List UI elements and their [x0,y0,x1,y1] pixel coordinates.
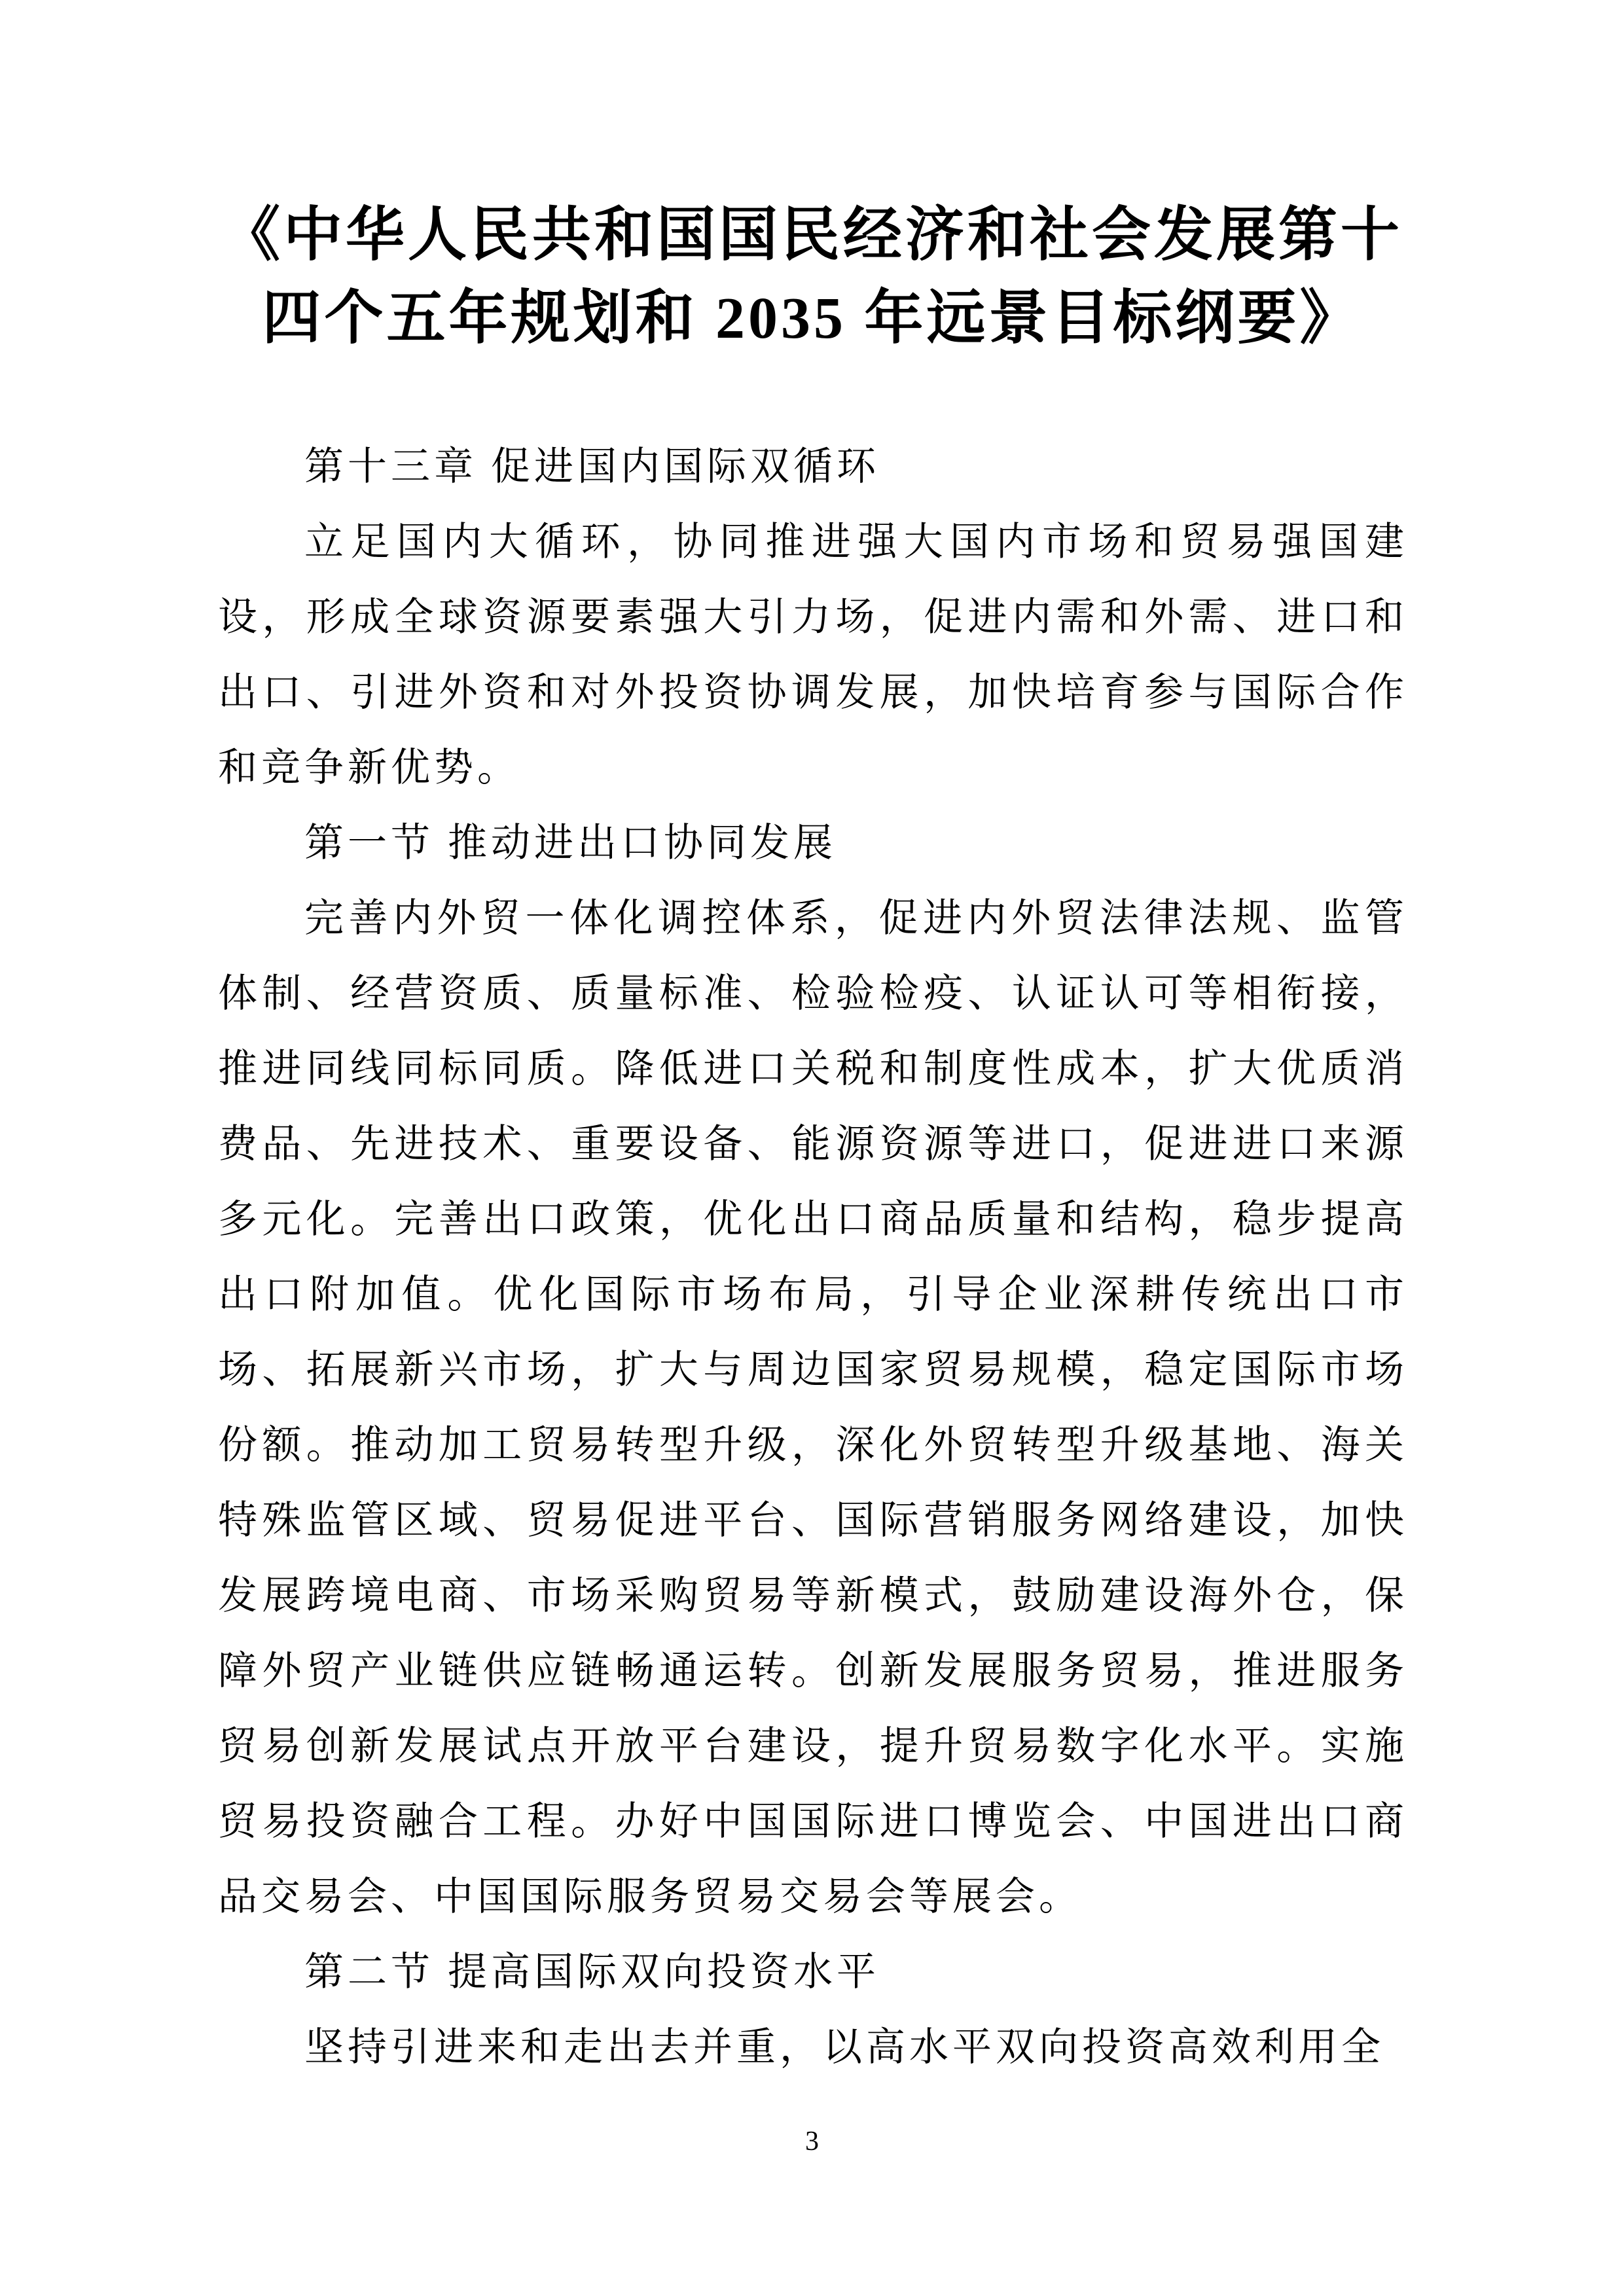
document-page: 《中华人民共和国国民经济和社会发展第十 四个五年规划和 2035 年远景目标纲要… [0,0,1624,2296]
document-body: 第十三章 促进国内国际双循环 立足国内大循环，协同推进强大国内市场和贸易强国建设… [0,429,1624,2085]
paragraph: 坚持引进来和走出去并重，以高水平双向投资高效利用全 [218,2010,1408,2085]
page-number: 3 [805,2126,819,2157]
page-footer: 3 [0,2126,1624,2157]
paragraph: 立足国内大循环，协同推进强大国内市场和贸易强国建设，形成全球资源要素强大引力场，… [218,505,1408,806]
chapter-heading: 第十三章 促进国内国际双循环 [218,429,1408,505]
section-heading: 第二节 提高国际双向投资水平 [218,1935,1408,2010]
section-heading: 第一节 推动进出口协同发展 [218,806,1408,881]
document-title-line-1: 《中华人民共和国国民经济和社会发展第十 [0,194,1624,277]
document-title: 《中华人民共和国国民经济和社会发展第十 四个五年规划和 2035 年远景目标纲要… [0,0,1624,360]
document-title-line-2: 四个五年规划和 2035 年远景目标纲要》 [0,277,1624,360]
paragraph: 完善内外贸一体化调控体系，促进内外贸法律法规、监管体制、经营资质、质量标准、检验… [218,881,1408,1935]
